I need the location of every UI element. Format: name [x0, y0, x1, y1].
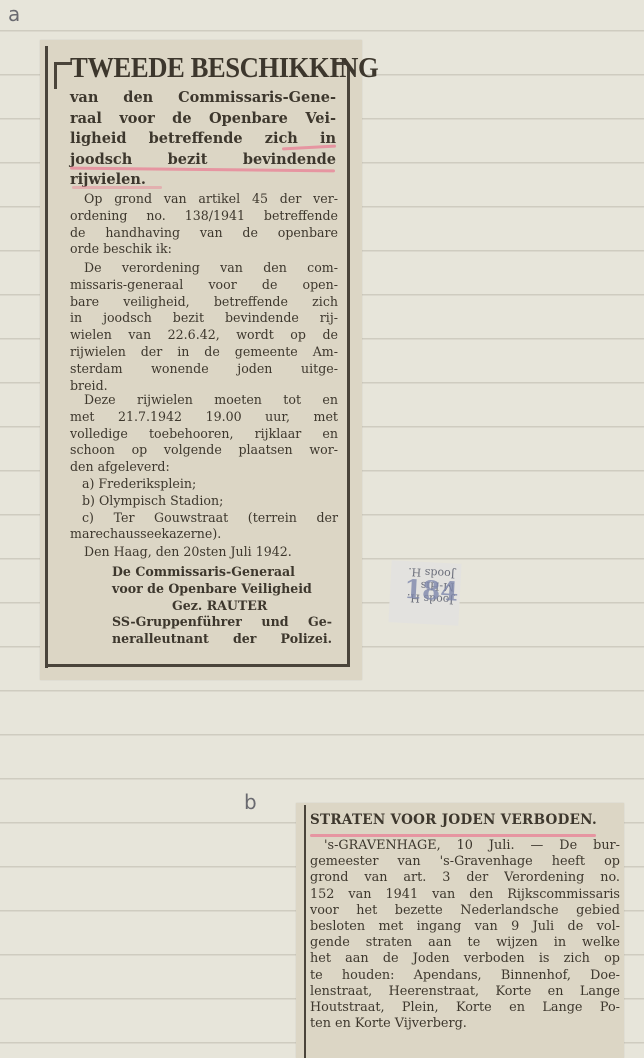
text-line: grond van art. 3 der Verordening no. — [310, 870, 620, 886]
stamp-number: 184 — [403, 575, 459, 608]
text-line: ordening no. 138/1941 betreffende — [70, 208, 338, 225]
clipping-a-paragraph-1: Op grond van artikel 45 der ver- ordenin… — [70, 191, 338, 258]
text-line: volledige toebehooren, rijklaar en — [70, 426, 338, 443]
handwritten-label-b: b — [244, 790, 257, 814]
newspaper-clipping-b: STRATEN VOOR JODEN VERBODEN. 's-GRAVENHA… — [296, 803, 624, 1058]
clipping-b-headline: STRATEN VOOR JODEN VERBODEN. — [310, 812, 620, 828]
clipping-a-signature: De Commissaris-Generaal voor de Openbare… — [112, 564, 332, 648]
text-line: missaris-generaal voor de open- — [70, 277, 338, 294]
column-rule-left — [304, 805, 306, 1058]
text-line: rijwielen der in de gemeente Am- — [70, 344, 338, 361]
text-line: schoon op volgende plaatsen wor- — [70, 442, 338, 459]
clipping-a-subhead: van den Commissaris-Gene- raal voor de O… — [70, 88, 336, 191]
text-line: lenstraat, Heerenstraat, Korte en Lange — [310, 984, 620, 1000]
text-line: de handhaving van de openbare — [70, 225, 338, 242]
text-line: ten en Korte Vijverberg. — [310, 1016, 620, 1032]
clipping-a-paragraph-3: Deze rijwielen moeten tot en met 21.7.19… — [70, 392, 338, 476]
pink-underline-mark — [72, 186, 162, 189]
archive-stamp: Joods H. M-His Joods H. 184 — [388, 560, 461, 626]
list-item: c) Ter Gouwstraat (terrein der — [70, 510, 338, 527]
frame-border-left — [45, 46, 48, 668]
frame-border-bottom — [48, 664, 350, 667]
clipping-a-headline: TWEEDE BESCHIKKING — [70, 52, 318, 85]
clipping-a-paragraph-2: De verordening van den com- missaris-gen… — [70, 260, 338, 394]
text-line: 152 van 1941 van den Rijkscommissaris — [310, 887, 620, 903]
list-item: a) Frederiksplein; — [70, 476, 338, 493]
text-line: den afgeleverd: — [70, 459, 338, 476]
newspaper-clipping-a: TWEEDE BESCHIKKING van den Commissaris-G… — [40, 40, 362, 680]
text-line: 's-GRAVENHAGE, 10 Juli. — De bur- — [310, 838, 620, 854]
text-line: sterdam wonende joden uitge- — [70, 361, 338, 378]
clipping-a-dateline: Den Haag, den 20sten Juli 1942. — [84, 544, 334, 561]
text-line: in joodsch bezit bevindende rij- — [70, 310, 338, 327]
signature-line: voor de Openbare Veiligheid — [112, 581, 332, 598]
list-item-continuation: marechausseekazerne). — [70, 526, 338, 543]
subhead-line: raal voor de Openbare Vei- — [70, 109, 336, 130]
text-line: De verordening van den com- — [70, 260, 338, 277]
text-line: te houden: Apendans, Binnenhof, Doe- — [310, 968, 620, 984]
text-line: het aan de Joden verboden is zich op — [310, 951, 620, 967]
text-line: met 21.7.1942 19.00 uur, met — [70, 409, 338, 426]
text-line: gende straten aan te wijzen in welke — [310, 935, 620, 951]
text-line: Houtstraat, Plein, Korte en Lange Po- — [310, 1000, 620, 1016]
text-line: wielen van 22.6.42, wordt op de — [70, 327, 338, 344]
clipping-b-body: 's-GRAVENHAGE, 10 Juli. — De bur- gemees… — [310, 838, 620, 1032]
signature-line: SS-Gruppenführer und Ge- — [112, 614, 332, 631]
frame-border-right — [347, 64, 350, 667]
list-item: b) Olympisch Stadion; — [70, 493, 338, 510]
text-line: bare veiligheid, betreffende zich — [70, 294, 338, 311]
signature-line: De Commissaris-Generaal — [112, 564, 332, 581]
handwritten-label-a: a — [8, 2, 20, 26]
text-line: Op grond van artikel 45 der ver- — [70, 191, 338, 208]
subhead-line: van den Commissaris-Gene- — [70, 88, 336, 109]
text-line: besloten met ingang van 9 Juli de vol- — [310, 919, 620, 935]
signature-line: Gez. RAUTER — [112, 598, 332, 615]
text-line: Deze rijwielen moeten tot en — [70, 392, 338, 409]
text-line: gemeester van 's-Gravenhage heeft op — [310, 854, 620, 870]
text-line: voor het bezette Nederlandsche gebied — [310, 903, 620, 919]
text-line: orde beschik ik: — [70, 241, 338, 258]
clipping-a-location-list: a) Frederiksplein; b) Olympisch Stadion;… — [70, 476, 338, 543]
dateline: Den Haag, den 20sten Juli 1942. — [84, 544, 334, 561]
signature-line: neralleutnant der Polizei. — [112, 631, 332, 648]
pink-underline-mark — [310, 834, 596, 837]
